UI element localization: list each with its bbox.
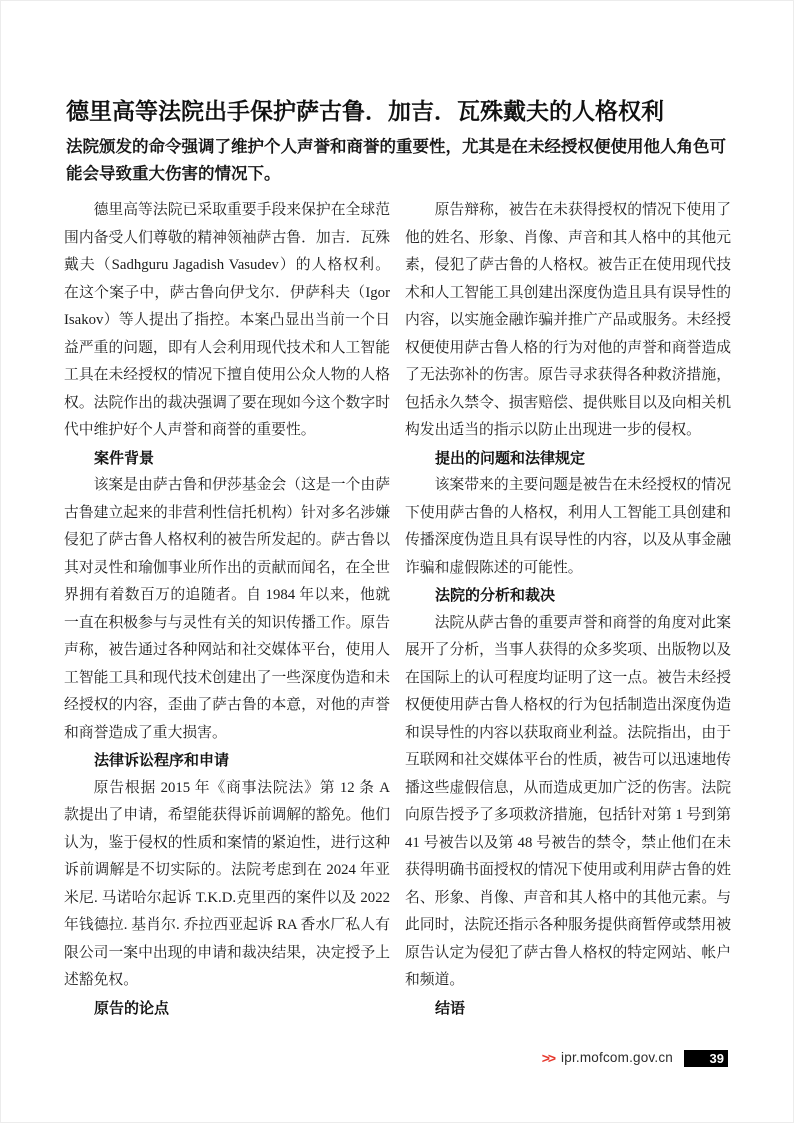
article-title: 德里高等法院出手保护萨古鲁．加吉．瓦殊戴夫的人格权利 bbox=[66, 96, 732, 127]
paragraph: 该案是由萨古鲁和伊莎基金会（这是一个由萨古鲁建立起来的非营利性信托机构）针对多名… bbox=[64, 472, 390, 747]
paragraph: 原告根据 2015 年《商事法院法》第 12 条 A 款提出了申请，希望能获得诉… bbox=[64, 775, 390, 995]
section-heading-court-analysis: 法院的分析和裁决 bbox=[405, 582, 731, 610]
paragraph: 该案带来的主要问题是被告在未经授权的情况下使用萨古鲁的人格权，利用人工智能工具创… bbox=[405, 472, 731, 582]
paragraph: 法院从萨古鲁的重要声誉和商誉的角度对此案展开了分析，当事人获得的众多奖项、出版物… bbox=[405, 610, 731, 995]
document-page: 德里高等法院出手保护萨古鲁．加吉．瓦殊戴夫的人格权利 法院颁发的命令强调了维护个… bbox=[0, 0, 794, 1123]
page-footer: >> ipr.mofcom.gov.cn 39 bbox=[542, 1049, 728, 1067]
paragraph: 原告辩称，被告在未获得授权的情况下使用了他的姓名、形象、肖像、声音和其人格中的其… bbox=[405, 197, 731, 445]
article-header: 德里高等法院出手保护萨古鲁．加吉．瓦殊戴夫的人格权利 法院颁发的命令强调了维护个… bbox=[66, 96, 732, 188]
section-heading-case-background: 案件背景 bbox=[64, 445, 390, 473]
section-heading-conclusion: 结语 bbox=[405, 995, 731, 1023]
footer-site-url: ipr.mofcom.gov.cn bbox=[561, 1049, 673, 1067]
two-column-body: 德里高等法院已采取重要手段来保护在全球范围内备受人们尊敬的精神领袖萨古鲁．加吉．… bbox=[64, 197, 732, 1022]
left-column: 德里高等法院已采取重要手段来保护在全球范围内备受人们尊敬的精神领袖萨古鲁．加吉．… bbox=[64, 197, 390, 1022]
double-chevron-icon: >> bbox=[542, 1049, 554, 1067]
right-column: 原告辩称，被告在未获得授权的情况下使用了他的姓名、形象、肖像、声音和其人格中的其… bbox=[405, 197, 731, 1022]
paragraph: 德里高等法院已采取重要手段来保护在全球范围内备受人们尊敬的精神领袖萨古鲁．加吉．… bbox=[64, 197, 390, 445]
section-heading-plaintiff-arguments: 原告的论点 bbox=[64, 995, 390, 1023]
article-subtitle: 法院颁发的命令强调了维护个人声誉和商誉的重要性，尤其是在未经授权便使用他人角色可… bbox=[66, 134, 732, 188]
section-heading-issues-and-law: 提出的问题和法律规定 bbox=[405, 445, 731, 473]
section-heading-legal-procedure: 法律诉讼程序和申请 bbox=[64, 747, 390, 775]
page-number-badge: 39 bbox=[684, 1050, 728, 1067]
